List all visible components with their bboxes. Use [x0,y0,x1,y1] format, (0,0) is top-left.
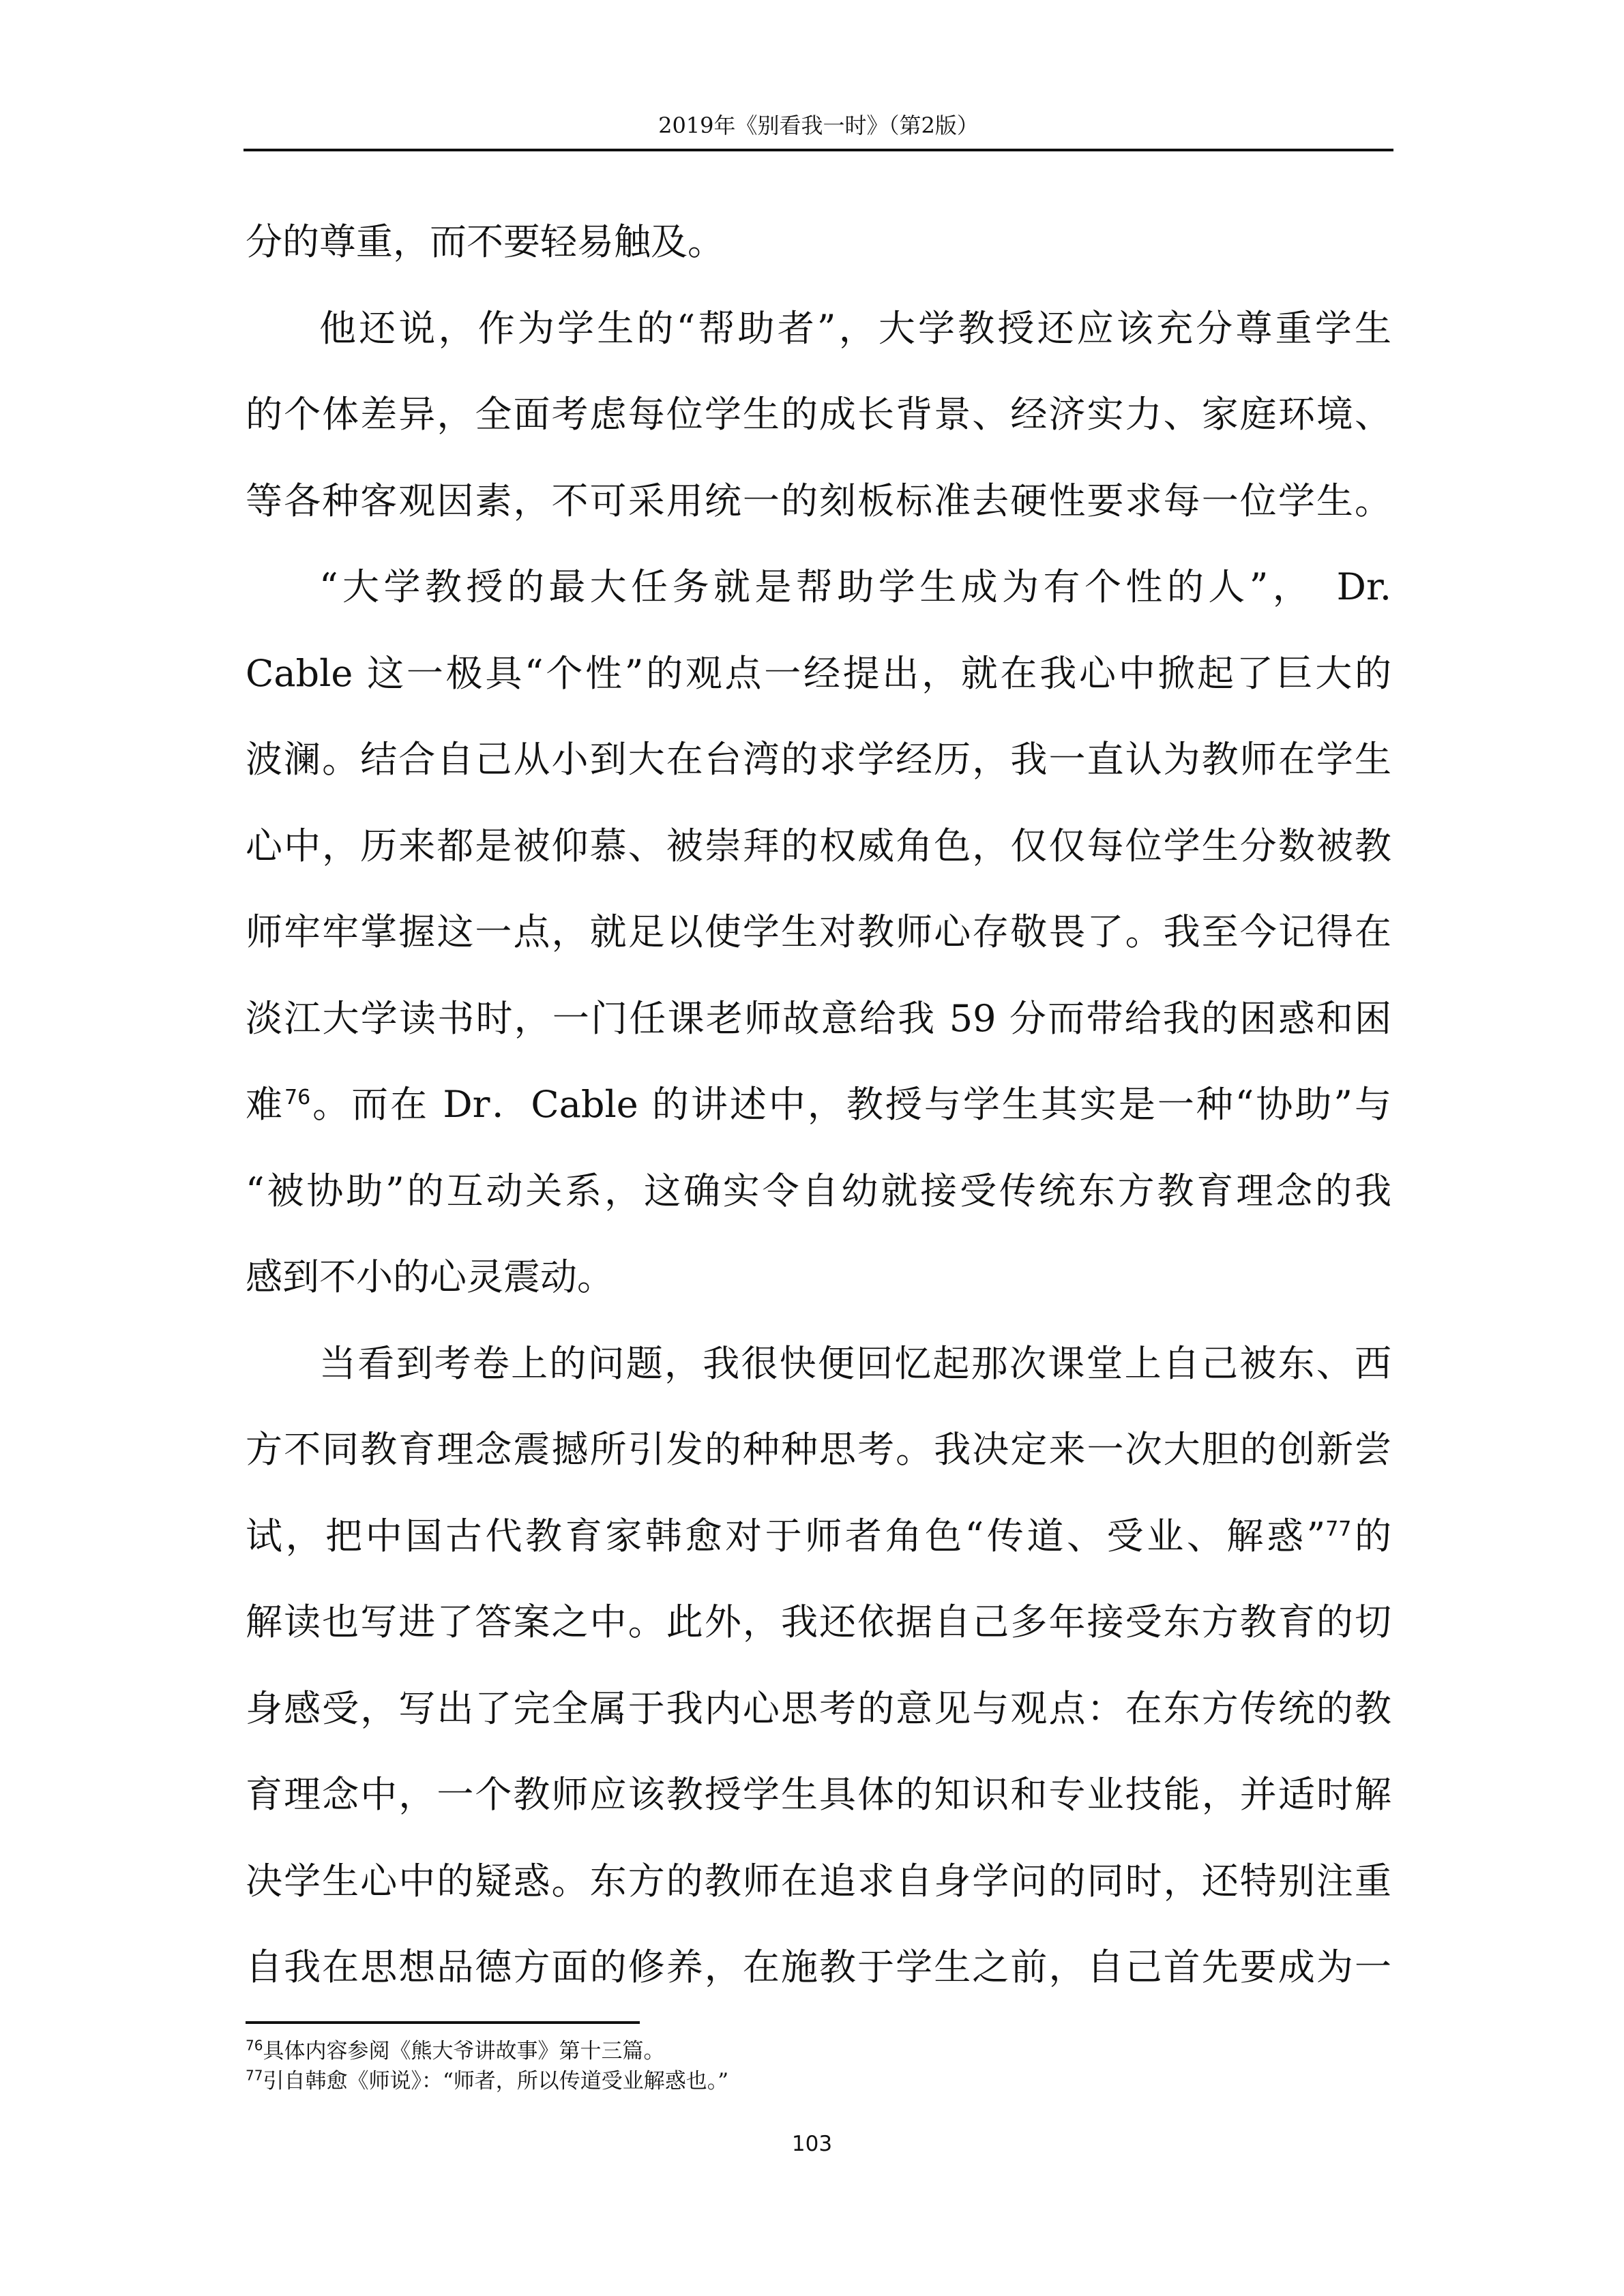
running-header: 2019年《别看我一时》（第2版） [246,109,1391,142]
document-page: 2019年《别看我一时》（第2版） 分的尊重，而不要轻易触及。 他还说，作为学生… [0,0,1624,2296]
paragraph-line: “被协助”的互动关系，这确实令自幼就接受传统东方教育理念的我 [246,1148,1391,1235]
paragraph-line: 心中，历来都是被仰慕、被崇拜的权威角色，仅仅每位学生分数被教 [246,803,1391,890]
paragraph-line: 当看到考卷上的问题，我很快便回忆起那次课堂上自己被东、西 [246,1321,1391,1407]
paragraph-line: 淡江大学读书时，一门任课老师故意给我 59 分而带给我的困惑和困 [246,976,1391,1062]
paragraph-line: “大学教授的最大任务就是帮助学生成为有个性的人”， Dr. [246,544,1391,631]
line-text: 难 [246,1083,284,1126]
footnote-76: 76具体内容参阅《熊大爷讲故事》第十三篇。 [246,2036,1391,2066]
paragraph-line: 方不同教育理念震撼所引发的种种思考。我决定来一次大胆的创新尝 [246,1407,1391,1493]
footnote-77: 77引自韩愈《师说》：“师者，所以传道受业解惑也。” [246,2066,1391,2096]
paragraph-line: 试，把中国古代教育家韩愈对于师者角色“传道、受业、解惑”77的 [246,1493,1391,1580]
body-text: 分的尊重，而不要轻易触及。 他还说，作为学生的“帮助者”，大学教授还应该充分尊重… [246,199,1391,2011]
paragraph-line: 决学生心中的疑惑。东方的教师在追求自身学问的同时，还特别注重 [246,1838,1391,1925]
footnotes: 76具体内容参阅《熊大爷讲故事》第十三篇。 77引自韩愈《师说》：“师者，所以传… [246,2036,1391,2096]
footnote-text: 具体内容参阅《熊大爷讲故事》第十三篇。 [263,2039,664,2063]
footnote-ref-77[interactable]: 77 [1325,1517,1351,1541]
line-text: 试，把中国古代教育家韩愈对于师者角色“传道、受业、解惑” [246,1515,1325,1557]
footnote-number: 76 [246,2038,263,2054]
paragraph-line: 育理念中，一个教师应该教授学生具体的知识和专业技能，并适时解 [246,1752,1391,1838]
paragraph-line: 解读也写进了答案之中。此外，我还依据自己多年接受东方教育的切 [246,1579,1391,1666]
paragraph-line: 难76。而在 Dr．Cable 的讲述中，教授与学生其实是一种“协助”与 [246,1062,1391,1148]
header-rule [243,149,1393,151]
line-text: 的 [1351,1515,1391,1557]
paragraph-line: 感到不小的心灵震动。 [246,1234,1391,1321]
paragraph-line: 师牢牢掌握这一点，就足以使学生对教师心存敬畏了。我至今记得在 [246,889,1391,976]
line-text: 。而在 Dr．Cable 的讲述中，教授与学生其实是一种“协助”与 [310,1083,1391,1126]
footnote-number: 77 [246,2068,263,2084]
footnote-ref-76[interactable]: 76 [284,1086,310,1109]
paragraph-line: 身感受，写出了完全属于我内心思考的意见与观点：在东方传统的教 [246,1666,1391,1753]
paragraph-line: 波澜。结合自己从小到大在台湾的求学经历，我一直认为教师在学生 [246,717,1391,803]
paragraph-line: 的个体差异，全面考虑每位学生的成长背景、经济实力、家庭环境、 [246,372,1391,458]
footnote-separator [246,2021,640,2024]
paragraph-line: 分的尊重，而不要轻易触及。 [246,199,1391,286]
footnote-text: 引自韩愈《师说》：“师者，所以传道受业解惑也。” [263,2069,728,2093]
paragraph-line: 自我在思想品德方面的修养，在施教于学生之前，自己首先要成为一 [246,1924,1391,2011]
paragraph-line: Cable 这一极具“个性”的观点一经提出，就在我心中掀起了巨大的 [246,631,1391,717]
paragraph-line: 他还说，作为学生的“帮助者”，大学教授还应该充分尊重学生 [246,286,1391,372]
paragraph-line: 等各种客观因素，不可采用统一的刻板标准去硬性要求每一位学生。 [246,458,1391,545]
page-number: 103 [0,2132,1624,2156]
